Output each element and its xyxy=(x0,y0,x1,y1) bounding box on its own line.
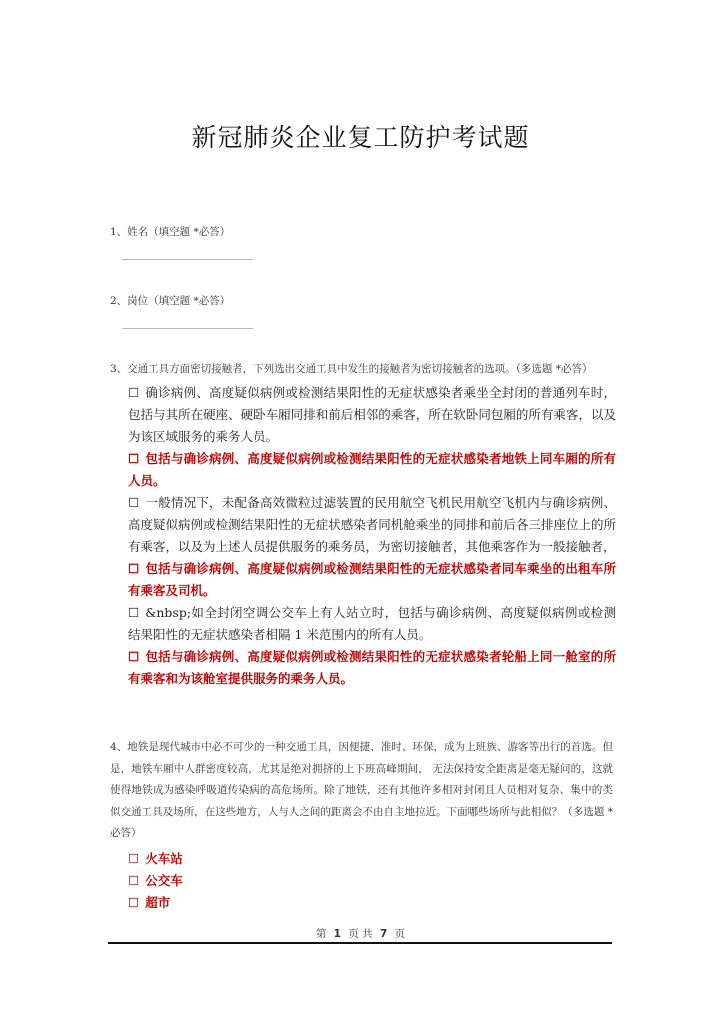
checkbox-icon[interactable]: ☐ xyxy=(128,385,139,400)
checkbox-icon[interactable]: ☐ xyxy=(128,649,139,664)
option-item-correct[interactable]: ☐超市 xyxy=(128,892,183,914)
option-item-correct[interactable]: ☐包括与确诊病例、高度疑似病例或检测结果阳性的无症状感染者轮船上同一舱室的所有乘… xyxy=(128,646,616,690)
checkbox-icon[interactable]: ☐ xyxy=(128,495,139,510)
option-text: 包括与确诊病例、高度疑似病例或检测结果阳性的无症状感染者地铁上同车厢的所有人员。 xyxy=(128,451,616,488)
question-2-label: 2、岗位（填空题 *必答） xyxy=(110,293,230,308)
checkbox-icon[interactable]: ☐ xyxy=(128,561,139,576)
page-title: 新冠肺炎企业复工防护考试题 xyxy=(0,118,721,154)
option-item[interactable]: ☐&nbsp;如全封闭空调公交车上有人站立时，包括与确诊病例、高度疑似病例或检测… xyxy=(128,602,616,646)
checkbox-icon[interactable]: ☐ xyxy=(128,851,139,866)
option-item-correct[interactable]: ☐包括与确诊病例、高度疑似病例或检测结果阳性的无症状感染者同车乘坐的出租车所有乘… xyxy=(128,558,616,602)
option-item-correct[interactable]: ☐公交车 xyxy=(128,870,183,892)
current-page: 1 xyxy=(334,928,341,940)
question-1-label: 1、姓名（填空题 *必答） xyxy=(110,224,230,239)
checkbox-icon[interactable]: ☐ xyxy=(128,451,139,466)
page-prefix: 第 xyxy=(316,928,327,940)
footer-divider xyxy=(108,942,612,944)
option-item[interactable]: ☐确诊病例、高度疑似病例或检测结果阳性的无症状感染者乘坐全封闭的普通列车时，包括… xyxy=(128,382,616,448)
option-text: 包括与确诊病例、高度疑似病例或检测结果阳性的无症状感染者同车乘坐的出租车所有乘客… xyxy=(128,561,616,598)
option-item[interactable]: ☐一般情况下，未配备高效微粒过滤装置的民用航空飞机民用航空飞机内与确诊病例、高度… xyxy=(128,492,616,558)
page-number: 第 1 页 共 7 页 xyxy=(0,926,721,941)
page-middle: 页 共 xyxy=(348,928,372,940)
option-text: 火车站 xyxy=(145,851,183,866)
option-text: 超市 xyxy=(145,895,170,910)
question-3-options: ☐确诊病例、高度疑似病例或检测结果阳性的无症状感染者乘坐全封闭的普通列车时，包括… xyxy=(128,382,616,690)
question-2-answer-field[interactable] xyxy=(122,328,253,329)
question-4-label: 4、地铁是现代城市中必不可少的一种交通工具，因便捷、准时、环保，成为上班族、游客… xyxy=(110,737,613,845)
option-text: &nbsp;如全封闭空调公交车上有人站立时，包括与确诊病例、高度疑似病例或检测结… xyxy=(128,605,616,642)
checkbox-icon[interactable]: ☐ xyxy=(128,873,139,888)
option-text: 一般情况下，未配备高效微粒过滤装置的民用航空飞机民用航空飞机内与确诊病例、高度疑… xyxy=(128,495,616,554)
option-item-correct[interactable]: ☐火车站 xyxy=(128,848,183,870)
question-4-options: ☐火车站 ☐公交车 ☐超市 xyxy=(128,848,183,914)
page-suffix: 页 xyxy=(395,928,406,940)
checkbox-icon[interactable]: ☐ xyxy=(128,895,139,910)
option-text: 确诊病例、高度疑似病例或检测结果阳性的无症状感染者乘坐全封闭的普通列车时，包括与… xyxy=(128,385,616,444)
option-text: 包括与确诊病例、高度疑似病例或检测结果阳性的无症状感染者轮船上同一舱室的所有乘客… xyxy=(128,649,616,686)
option-text: 公交车 xyxy=(145,873,183,888)
checkbox-icon[interactable]: ☐ xyxy=(128,605,139,620)
total-pages: 7 xyxy=(380,928,387,940)
question-1-answer-field[interactable] xyxy=(122,259,253,260)
question-3-label: 3、交通工具方面密切接触者，下列选出交通工具中发生的接触者为密切接触者的选项。（… xyxy=(110,361,593,376)
option-item-correct[interactable]: ☐包括与确诊病例、高度疑似病例或检测结果阳性的无症状感染者地铁上同车厢的所有人员… xyxy=(128,448,616,492)
